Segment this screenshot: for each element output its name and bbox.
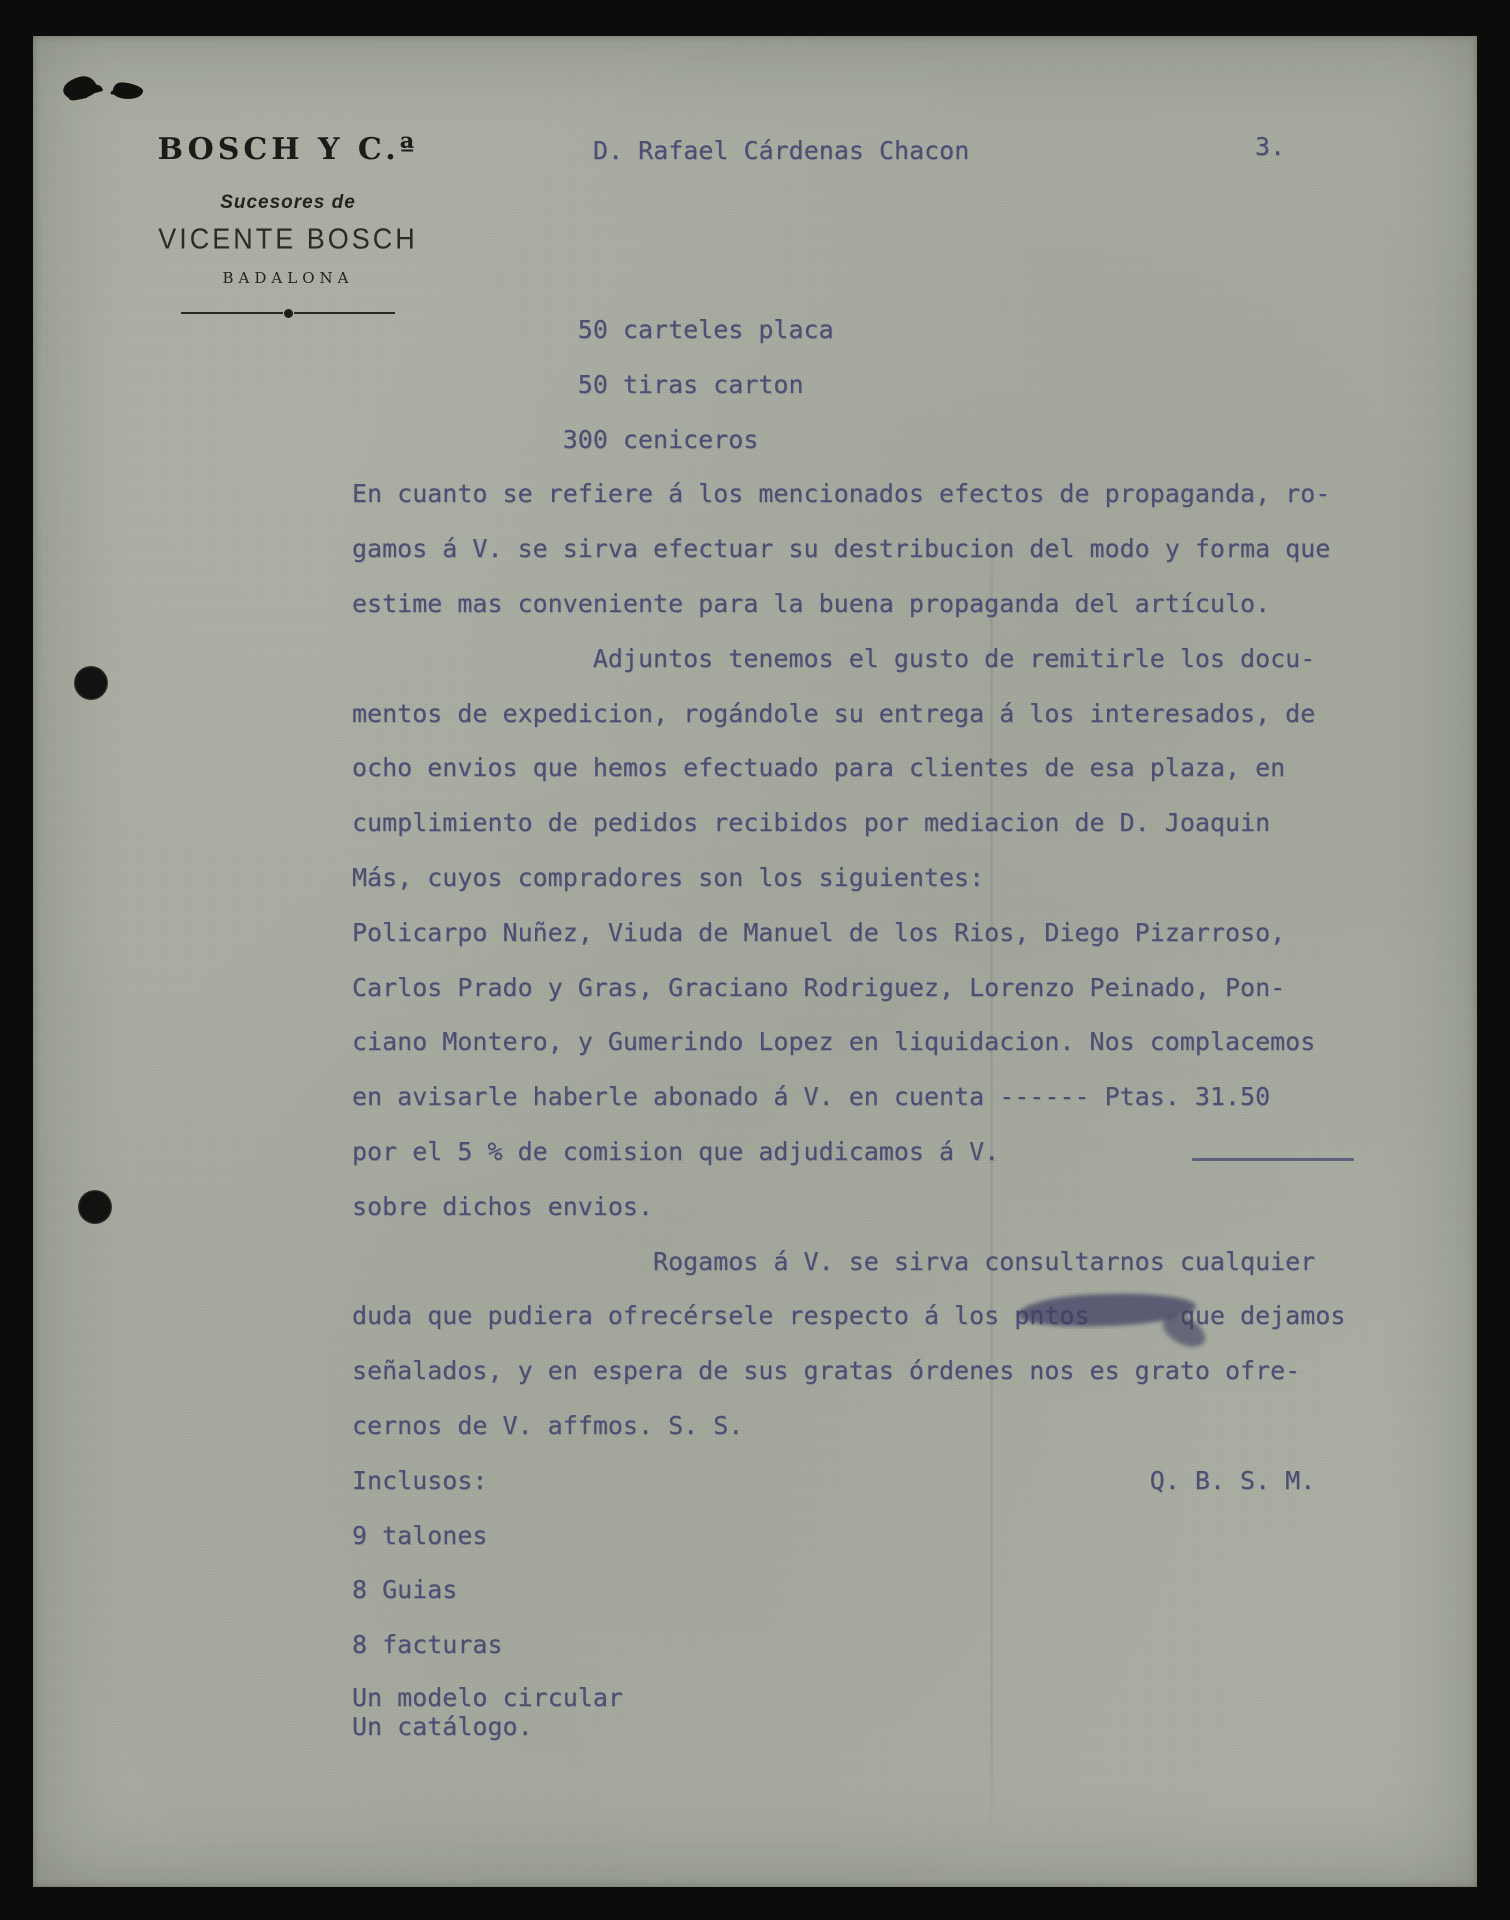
letterhead-city: BADALONA [118,269,458,287]
punch-hole-top [74,666,108,700]
letter-paper: BOSCH Y C.ª Sucesores de VICENTE BOSCH B… [33,36,1477,1887]
enclosures-text: Un modelo circular Un catálogo. [352,1683,623,1741]
letterhead-founder-name: VICENTE BOSCH [118,223,458,256]
ink-stain [61,74,99,103]
addressee-name: D. Rafael Cárdenas Chacon [593,136,969,165]
punch-hole-bottom [78,1190,112,1224]
amount-underline [1192,1158,1354,1161]
page-number: 3. [1255,132,1285,161]
letterhead-subtitle: Sucesores de [118,192,458,214]
scan-background: BOSCH Y C.ª Sucesores de VICENTE BOSCH B… [0,0,1510,1920]
divider-dot [284,309,293,318]
divider-line-left [181,312,283,314]
letterhead-company-name: BOSCH Y C.ª [118,132,458,167]
ink-stain [112,81,144,100]
letter-body-text: 50 carteles placa 50 tiras carton 300 ce… [352,303,1345,1673]
